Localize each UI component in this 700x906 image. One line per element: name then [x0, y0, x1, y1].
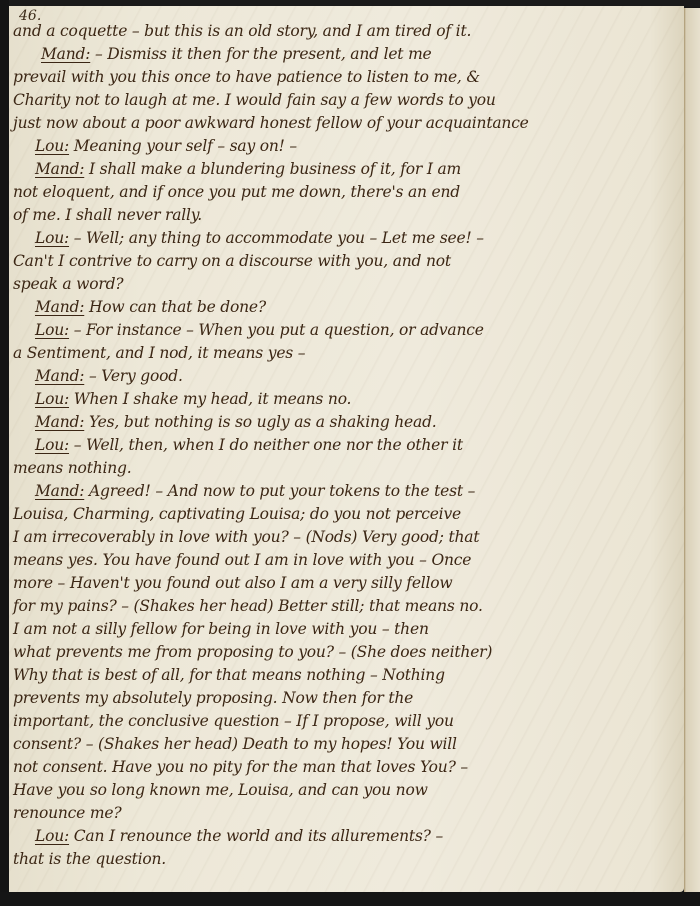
line-text: How can that be done? — [84, 298, 266, 316]
speaker-label: Mand: — [41, 45, 90, 63]
manuscript-line: I am irrecoverably in love with you? – (… — [13, 527, 479, 547]
speaker-label: Mand: — [35, 413, 84, 431]
manuscript-line: Lou: – For instance – When you put a que… — [35, 320, 484, 340]
manuscript-line: Lou: When I shake my head, it means no. — [35, 389, 351, 409]
manuscript-line: what prevents me from proposing to you? … — [13, 642, 492, 662]
line-text: not consent. Have you no pity for the ma… — [13, 758, 468, 776]
manuscript-line: Mand: I shall make a blundering business… — [35, 159, 461, 179]
line-text: Charity not to laugh at me. I would fain… — [13, 91, 496, 109]
line-text: I am not a silly fellow for being in lov… — [13, 620, 429, 638]
line-text: When I shake my head, it means no. — [69, 390, 351, 408]
manuscript-line: not consent. Have you no pity for the ma… — [13, 757, 468, 777]
line-text: Meaning your self – say on! – — [69, 137, 297, 155]
scan-frame-left — [0, 0, 9, 906]
manuscript-line: Mand: Agreed! – And now to put your toke… — [35, 481, 475, 501]
line-text: speak a word? — [13, 275, 123, 293]
manuscript-line: Louisa, Charming, captivating Louisa; do… — [13, 504, 461, 524]
speaker-label: Lou: — [35, 436, 69, 454]
speaker-label: Mand: — [35, 367, 84, 385]
speaker-label: Mand: — [35, 482, 84, 500]
manuscript-line: and a coquette – but this is an old stor… — [13, 21, 471, 41]
manuscript-line: means nothing. — [13, 458, 132, 478]
manuscript-line: prevents my absolutely proposing. Now th… — [13, 688, 413, 708]
manuscript-line: Lou: Can I renounce the world and its al… — [35, 826, 443, 846]
line-text: prevents my absolutely proposing. Now th… — [13, 689, 413, 707]
manuscript-line: a Sentiment, and I nod, it means yes – — [13, 343, 305, 363]
line-text: I shall make a blundering business of it… — [84, 160, 461, 178]
line-text: – Dismiss it then for the present, and l… — [90, 45, 431, 63]
line-text: of me. I shall never rally. — [13, 206, 202, 224]
manuscript-line: Why that is best of all, for that means … — [13, 665, 445, 685]
line-text: – Well, then, when I do neither one nor … — [69, 436, 463, 454]
manuscript-line: Lou: – Well, then, when I do neither one… — [35, 435, 463, 455]
line-text: renounce me? — [13, 804, 121, 822]
manuscript-line: of me. I shall never rally. — [13, 205, 202, 225]
manuscript-line: prevail with you this once to have patie… — [13, 67, 480, 87]
line-text: means yes. You have found out I am in lo… — [13, 551, 471, 569]
manuscript-line: Mand: Yes, but nothing is so ugly as a s… — [35, 412, 437, 432]
line-text: more – Haven't you found out also I am a… — [13, 574, 453, 592]
manuscript-page: 46. and a coquette – but this is an old … — [9, 6, 684, 892]
speaker-label: Lou: — [35, 390, 69, 408]
scan-frame-bottom — [0, 892, 700, 906]
line-text: what prevents me from proposing to you? … — [13, 643, 492, 661]
line-text: Why that is best of all, for that means … — [13, 666, 445, 684]
line-text: Yes, but nothing is so ugly as a shaking… — [84, 413, 436, 431]
manuscript-line: just now about a poor awkward honest fel… — [13, 113, 529, 133]
line-text: Have you so long known me, Louisa, and c… — [13, 781, 428, 799]
manuscript-line: for my pains? – (Shakes her head) Better… — [13, 596, 483, 616]
manuscript-line: Mand: – Very good. — [35, 366, 183, 386]
speaker-label: Lou: — [35, 137, 69, 155]
line-text: I am irrecoverably in love with you? – (… — [13, 528, 479, 546]
line-text: – Very good. — [84, 367, 182, 385]
manuscript-line: renounce me? — [13, 803, 121, 823]
line-text: Agreed! – And now to put your tokens to … — [84, 482, 475, 500]
manuscript-line: Lou: Meaning your self – say on! – — [35, 136, 297, 156]
manuscript-line: Mand: How can that be done? — [35, 297, 266, 317]
line-text: a Sentiment, and I nod, it means yes – — [13, 344, 305, 362]
manuscript-line: I am not a silly fellow for being in lov… — [13, 619, 429, 639]
line-text: means nothing. — [13, 459, 132, 477]
line-text: just now about a poor awkward honest fel… — [13, 114, 529, 132]
line-text: Louisa, Charming, captivating Louisa; do… — [13, 505, 461, 523]
line-text: that is the question. — [13, 850, 166, 868]
speaker-label: Lou: — [35, 229, 69, 247]
manuscript-line: Mand: – Dismiss it then for the present,… — [41, 44, 432, 64]
adjacent-page-edge — [684, 8, 700, 892]
line-text: consent? – (Shakes her head) Death to my… — [13, 735, 457, 753]
speaker-label: Mand: — [35, 160, 84, 178]
line-text: – Well; any thing to accommodate you – L… — [69, 229, 484, 247]
line-text: important, the conclusive question – If … — [13, 712, 454, 730]
line-text: for my pains? – (Shakes her head) Better… — [13, 597, 483, 615]
manuscript-line: important, the conclusive question – If … — [13, 711, 454, 731]
manuscript-line: not eloquent, and if once you put me dow… — [13, 182, 460, 202]
line-text: not eloquent, and if once you put me dow… — [13, 183, 460, 201]
line-text: and a coquette – but this is an old stor… — [13, 22, 471, 40]
line-text: – For instance – When you put a question… — [69, 321, 484, 339]
line-text: prevail with you this once to have patie… — [13, 68, 480, 86]
speaker-label: Mand: — [35, 298, 84, 316]
manuscript-line: means yes. You have found out I am in lo… — [13, 550, 471, 570]
speaker-label: Lou: — [35, 827, 69, 845]
speaker-label: Lou: — [35, 321, 69, 339]
manuscript-line: more – Haven't you found out also I am a… — [13, 573, 453, 593]
line-text: Can I renounce the world and its allurem… — [69, 827, 443, 845]
manuscript-line: Can't I contrive to carry on a discourse… — [13, 251, 451, 271]
manuscript-line: Have you so long known me, Louisa, and c… — [13, 780, 428, 800]
manuscript-line: that is the question. — [13, 849, 166, 869]
line-text: Can't I contrive to carry on a discourse… — [13, 252, 451, 270]
manuscript-line: Lou: – Well; any thing to accommodate yo… — [35, 228, 484, 248]
manuscript-line: speak a word? — [13, 274, 123, 294]
manuscript-line: consent? – (Shakes her head) Death to my… — [13, 734, 457, 754]
manuscript-line: Charity not to laugh at me. I would fain… — [13, 90, 496, 110]
